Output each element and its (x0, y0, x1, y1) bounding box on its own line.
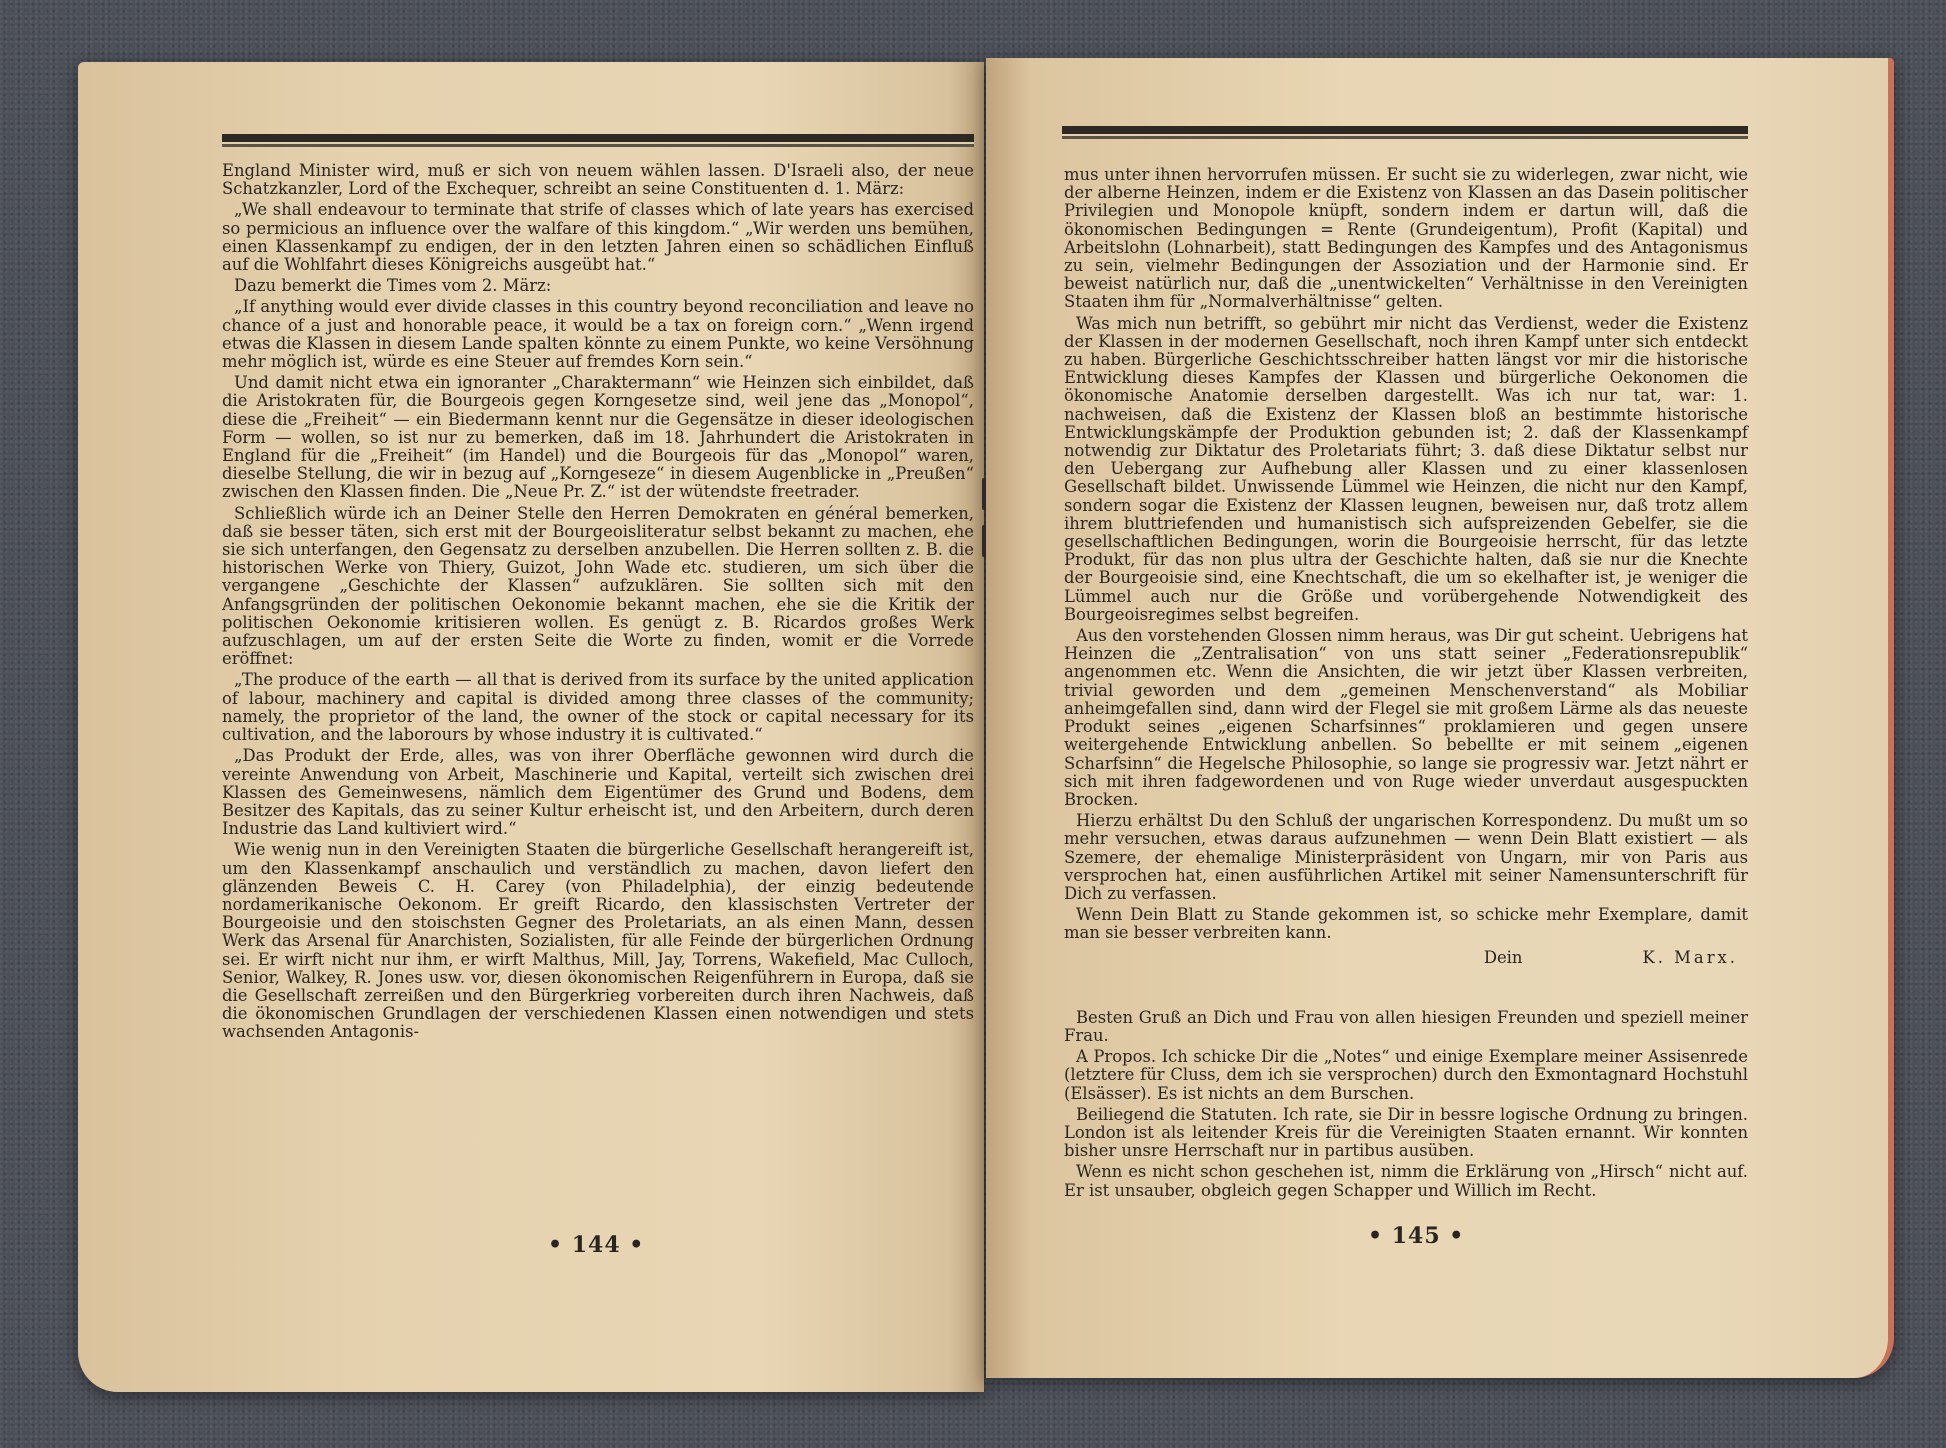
quote-paragraph: „If anything would ever divide classes i… (222, 298, 974, 371)
paragraph: Was mich nun betrifft, so gebührt mir ni… (1064, 315, 1748, 624)
header-rule (1062, 126, 1748, 136)
closing: Dein (1484, 949, 1523, 967)
paragraph: Schließlich würde ich an Deiner Stelle d… (222, 505, 974, 669)
paragraph: Dazu bemerkt die Times vom 2. März: (222, 277, 974, 295)
signature-block: Dein K. Marx. (1064, 949, 1748, 967)
paragraph: England Minister wird, muß er sich von n… (222, 162, 974, 198)
postscript-paragraph: Besten Gruß an Dich und Frau von allen h… (1064, 1009, 1748, 1045)
quote-paragraph: „The produce of the earth — all that is … (222, 671, 974, 744)
page-number: • 145 • (1368, 1223, 1464, 1249)
postscript-paragraph: Wenn es nicht schon geschehen ist, nimm … (1064, 1163, 1748, 1199)
quote-paragraph: „Das Produkt der Erde, alles, was von ih… (222, 747, 974, 838)
paragraph: Hierzu erhältst Du den Schluß der ungari… (1064, 812, 1748, 903)
paragraph: Aus den vorstehenden Glossen nimm heraus… (1064, 627, 1748, 809)
right-page: mus unter ihnen hervorrufen müssen. Er s… (986, 58, 1894, 1378)
postscript-paragraph: Beiliegend die Statuten. Ich rate, sie D… (1064, 1106, 1748, 1161)
page-number: • 144 • (548, 1232, 644, 1258)
paragraph: Wenn Dein Blatt zu Stande gekommen ist, … (1064, 906, 1748, 942)
left-page-body: England Minister wird, muß er sich von n… (222, 162, 974, 1045)
header-rule (222, 134, 974, 144)
paragraph: Und damit nicht etwa ein ignoranter „Cha… (222, 374, 974, 501)
postscript-paragraph: A Propos. Ich schicke Dir die „Notes“ un… (1064, 1048, 1748, 1103)
quote-paragraph: „We shall endeavour to terminate that st… (222, 201, 974, 274)
left-page: England Minister wird, muß er sich von n… (78, 62, 984, 1392)
signature: K. Marx. (1642, 949, 1738, 967)
paragraph: Wie wenig nun in den Vereinigten Staaten… (222, 841, 974, 1041)
paragraph: mus unter ihnen hervorrufen müssen. Er s… (1064, 166, 1748, 312)
right-page-body: mus unter ihnen hervorrufen müssen. Er s… (1064, 166, 1748, 1203)
